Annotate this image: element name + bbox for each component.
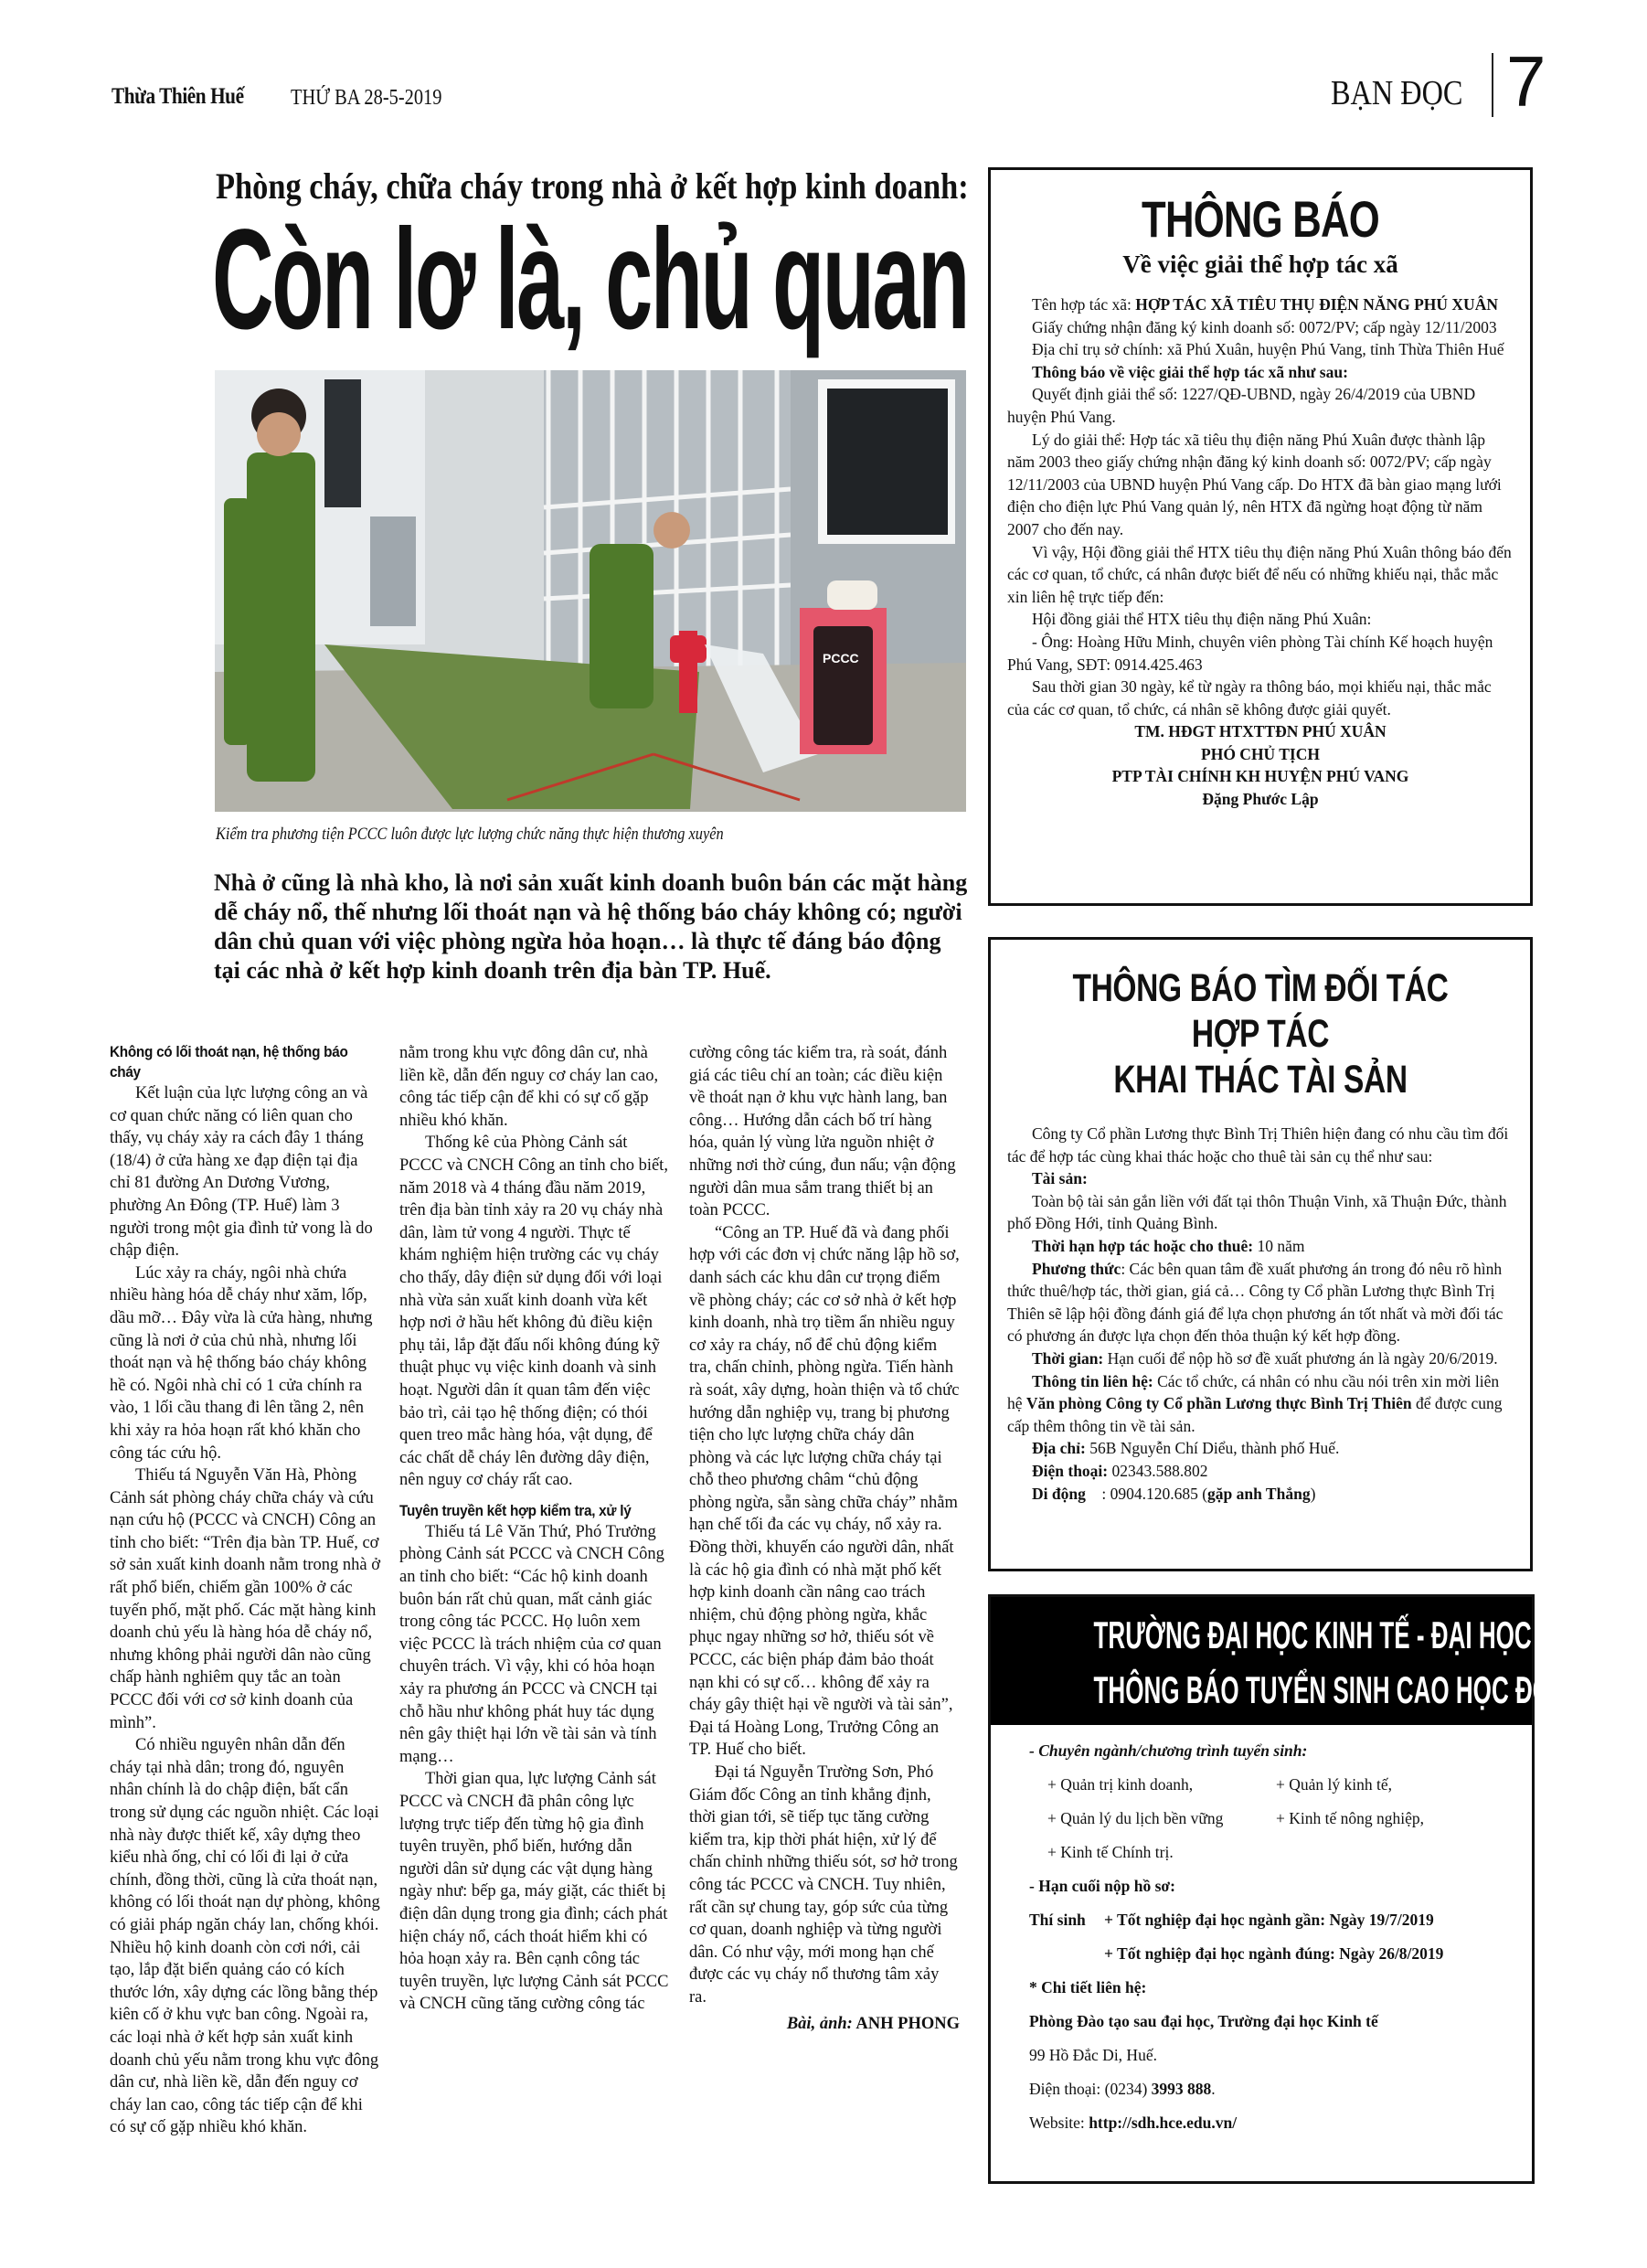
program-item: + Kinh tế nông nghiệp, xyxy=(1276,1802,1424,1836)
notice-admission: TRƯỜNG ĐẠI HỌC KINH TẾ - ĐẠI HỌC HUẾ THÔ… xyxy=(988,1594,1535,2184)
deadline-item: + Tốt nghiệp đại học ngành đúng: Ngày 26… xyxy=(1104,1937,1443,1971)
notice-dissolution: THÔNG BÁO Về việc giải thể hợp tác xã Tê… xyxy=(988,167,1533,906)
section-heading: Thông báo về việc giải thể hợp tác xã nh… xyxy=(1007,361,1514,384)
article-column-1: Không có lối thoát nạn, hệ thống báo chá… xyxy=(110,1042,380,2136)
svg-text:PCCC: PCCC xyxy=(823,651,859,665)
program-item: + Quản lý kinh tế, xyxy=(1276,1768,1392,1802)
signature-line: PTP TÀI CHÍNH KH HUYỆN PHÚ VANG xyxy=(1007,765,1514,788)
business-license: Giấy chứng nhận đăng ký kinh doanh số: 0… xyxy=(1007,316,1514,339)
signature-line: PHÓ CHỦ TỊCH xyxy=(1007,743,1514,766)
article-paragraph: Có nhiều nguyên nhân dẫn đến cháy tại nh… xyxy=(110,1734,380,2136)
section-name: BẠN ĐỌC xyxy=(1331,73,1462,113)
deadline-item: + Tốt nghiệp đại học ngành gần: Ngày 19/… xyxy=(1104,1903,1434,1937)
article-paragraph: Đại tá Nguyễn Trường Sơn, Phó Giám đốc C… xyxy=(689,1762,960,2009)
method: Phương thức: Các bên quan tâm đề xuất ph… xyxy=(1007,1258,1514,1347)
admission-banner: TRƯỜNG ĐẠI HỌC KINH TẾ - ĐẠI HỌC HUẾ THÔ… xyxy=(991,1597,1532,1725)
subhead-no-escape: Không có lối thoát nạn, hệ thống báo chá… xyxy=(110,1042,353,1082)
issue-date: THỨ BA 28-5-2019 xyxy=(291,86,441,111)
article-paragraph: Thời gian qua, lực lượng Cảnh sát PCCC v… xyxy=(399,1768,670,2017)
office-website: Website: http://sdh.hce.edu.vn/ xyxy=(1029,2106,1532,2140)
byline-author: ANH PHONG xyxy=(855,2015,960,2033)
header-divider xyxy=(1492,53,1493,117)
asset-description: Toàn bộ tài sản gắn liền với đất tại thô… xyxy=(1007,1190,1514,1235)
article-column-3: cường công tác kiểm tra, rà soát, đánh g… xyxy=(689,1042,960,2035)
term: Thời hạn hợp tác hoặc cho thuê: 10 năm xyxy=(1007,1235,1514,1258)
university-name: TRƯỜNG ĐẠI HỌC KINH TẾ - ĐẠI HỌC HUẾ xyxy=(1093,1608,1429,1663)
article-headline: Còn lơ là, chủ quan xyxy=(212,208,968,351)
photo-caption: Kiểm tra phương tiện PCCC luôn được lực … xyxy=(216,825,724,845)
website-link[interactable]: http://sdh.hce.edu.vn/ xyxy=(1089,2114,1237,2132)
article-paragraph: cường công tác kiểm tra, rà soát, đánh g… xyxy=(689,1042,960,1222)
company-mobile: Di động : 0904.120.685 (gặp anh Thắng) xyxy=(1007,1483,1514,1506)
article-paragraph: “Công an TP. Huế đã và đang phối hợp với… xyxy=(689,1222,960,1762)
byline: Bài, ảnh: ANH PHONG xyxy=(689,2013,960,2036)
article-lead: Nhà ở cũng là nhà kho, là nơi sản xuất k… xyxy=(214,868,972,985)
subhead-propaganda: Tuyên truyền kết hợp kiểm tra, xử lý xyxy=(399,1501,643,1521)
submission-deadline: Thời gian: Hạn cuối để nộp hồ sơ đề xuất… xyxy=(1007,1347,1514,1370)
article-paragraph: nằm trong khu vực đông dân cư, nhà liền … xyxy=(399,1042,670,1132)
complaint-deadline: Sau thời gian 30 ngày, kể từ ngày ra thô… xyxy=(1007,676,1514,720)
partner-intro: Công ty Cổ phần Lương thực Bình Trị Thiê… xyxy=(1007,1123,1514,1167)
article-paragraph: Thiếu tá Nguyễn Văn Hà, Phòng Cảnh sát p… xyxy=(110,1464,380,1734)
office-phone: Điện thoại: (0234) 3993 888. xyxy=(1029,2072,1532,2106)
office-address: 99 Hồ Đắc Di, Huế. xyxy=(1029,2039,1532,2072)
program-item: + Quản lý du lịch bền vững xyxy=(1047,1809,1223,1827)
fire-hydrant-inspection-photo-icon: PCCC xyxy=(215,370,966,812)
dissolution-reason: Lý do giải thể: Hợp tác xã tiêu thụ điện… xyxy=(1007,429,1514,541)
signature-line: TM. HĐGT HTXTTĐN PHÚ XUÂN xyxy=(1007,720,1514,743)
admission-title: THÔNG BÁO TUYỂN SINH CAO HỌC ĐỢT 2 NĂM 2… xyxy=(1093,1663,1429,1718)
asset-label: Tài sản: xyxy=(1007,1167,1514,1190)
article-paragraph: Kết luận của lực lượng công an và cơ qua… xyxy=(110,1082,380,1262)
contact-person: - Ông: Hoàng Hữu Minh, chuyên viên phòng… xyxy=(1007,631,1514,676)
company-address: Địa chỉ: 56B Nguyễn Chí Diểu, thành phố … xyxy=(1007,1437,1514,1460)
head-office-address: Địa chỉ trụ sở chính: xã Phú Xuân, huyện… xyxy=(1007,338,1514,361)
program-item: + Quản trị kinh doanh, xyxy=(1047,1775,1193,1794)
byline-label: Bài, ảnh: xyxy=(787,2015,853,2033)
notice-subtitle: Về việc giải thể hợp tác xã xyxy=(1007,250,1514,279)
signatory-name: Đặng Phước Lập xyxy=(1007,788,1514,811)
notice-partner-search: THÔNG BÁO TÌM ĐỐI TÁC HỢP TÁC KHAI THÁC … xyxy=(988,937,1533,1571)
office-name: Phòng Đào tạo sau đại học, Trường đại họ… xyxy=(1029,2005,1532,2039)
masthead: Thừa Thiên Huế xyxy=(112,84,244,110)
council: Hội đồng giải thể HTX tiêu thụ điện năng… xyxy=(1007,608,1514,631)
programs-heading: - Chuyên ngành/chương trình tuyển sinh: xyxy=(1029,1734,1532,1768)
page-number: 7 xyxy=(1506,46,1546,117)
notice-title: THÔNG BÁO xyxy=(1063,194,1458,245)
deadline-heading: - Hạn cuối nộp hồ sơ: xyxy=(1029,1869,1532,1903)
article-column-2: nằm trong khu vực đông dân cư, nhà liền … xyxy=(399,1042,670,2017)
article-paragraph: Thống kê của Phòng Cảnh sát PCCC và CNCH… xyxy=(399,1132,670,1492)
article-paragraph: Lúc xảy ra cháy, ngôi nhà chứa nhiều hàn… xyxy=(110,1262,380,1464)
contact-info: Thông tin liên hệ: Các tổ chức, cá nhân … xyxy=(1007,1370,1514,1438)
announcement: Vì vậy, Hội đồng giải thể HTX tiêu thụ đ… xyxy=(1007,541,1514,609)
deadline-prefix: Thí sinh xyxy=(1029,1911,1086,1929)
company-phone: Điện thoại: 02343.588.802 xyxy=(1007,1460,1514,1483)
article-paragraph: Thiếu tá Lê Văn Thứ, Phó Trưởng phòng Cả… xyxy=(399,1521,670,1769)
contact-heading: * Chi tiết liên hệ: xyxy=(1029,1971,1532,2005)
dissolution-decision: Quyết định giải thể số: 1227/QĐ-UBND, ng… xyxy=(1007,383,1514,428)
program-item: + Kinh tế Chính trị. xyxy=(1047,1843,1174,1861)
coop-name: Tên hợp tác xã: HỢP TÁC XÃ TIÊU THỤ ĐIỆN… xyxy=(1007,293,1514,316)
notice-title: THÔNG BÁO TÌM ĐỐI TÁC HỢP TÁC KHAI THÁC … xyxy=(1063,965,1458,1102)
article-photo: PCCC xyxy=(215,370,966,812)
